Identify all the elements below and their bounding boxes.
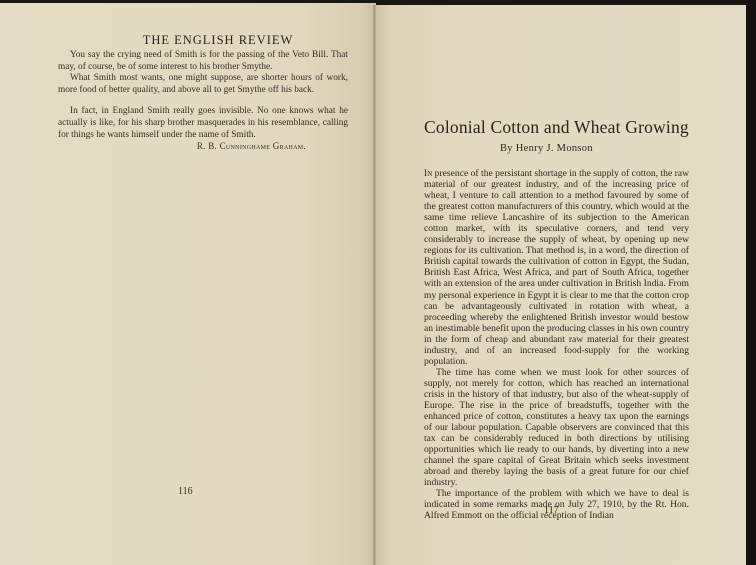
right-page-body: In presence of the persistant shortage i… <box>424 168 689 522</box>
running-head: THE ENGLISH REVIEW <box>80 33 356 48</box>
lead-word: In <box>424 168 432 179</box>
left-paragraph-2: What Smith most wants, one might suppose… <box>58 73 348 96</box>
article-title: Colonial Cotton and Wheat Growing <box>424 117 724 138</box>
article-byline: By Henry J. Monson <box>500 143 593 154</box>
left-page-body: You say the crying need of Smith is for … <box>58 50 348 153</box>
author-signature: R. B. Cunninghame Graham. <box>58 141 348 153</box>
scan-border-right <box>746 0 756 565</box>
right-paragraph-1-text: presence of the persistant shortage in t… <box>424 168 689 367</box>
book-spread: THE ENGLISH REVIEW You say the crying ne… <box>0 0 756 565</box>
page-number-left: 116 <box>178 486 193 497</box>
right-paragraph-1: In presence of the persistant shortage i… <box>424 168 689 367</box>
left-paragraph-3: In fact, in England Smith really goes in… <box>58 106 348 141</box>
left-paragraph-1: You say the crying need of Smith is for … <box>58 50 348 73</box>
page-number-right: 117 <box>544 505 559 516</box>
right-paragraph-2: The time has come when we must look for … <box>424 367 689 489</box>
